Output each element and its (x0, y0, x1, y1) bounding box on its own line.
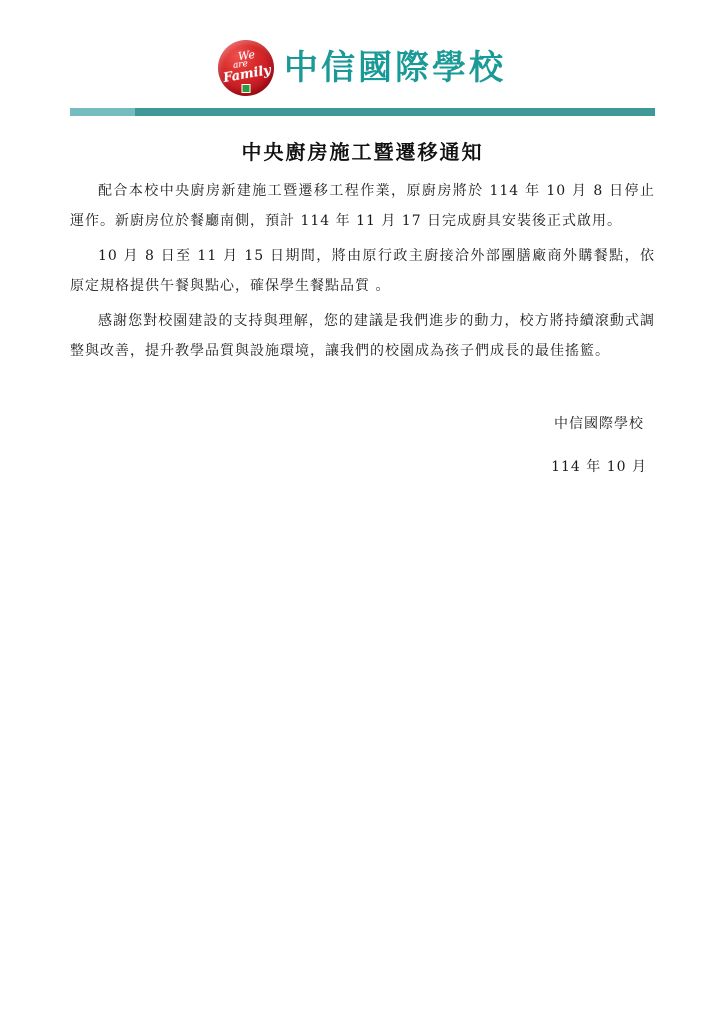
school-name: 中信國際學校 (284, 51, 506, 85)
logo-text-family: Family (222, 63, 272, 86)
divider-dark-segment (135, 108, 655, 116)
signature-date: 114 年 10 月 (551, 452, 647, 482)
divider-light-segment (70, 108, 135, 116)
signature-school-name: 中信國際學校 (551, 409, 647, 439)
logo-green-square-icon (242, 84, 251, 93)
letterhead: We are Family 中信國際學校 (0, 0, 724, 96)
paragraph-1: 配合本校中央廚房新建施工暨遷移工程作業，原廚房將於 114 年 10 月 8 日… (70, 176, 655, 236)
notice-body: 中央廚房施工暨遷移通知 配合本校中央廚房新建施工暨遷移工程作業，原廚房將於 11… (70, 138, 655, 482)
signature-block: 中信國際學校 114 年 10 月 (70, 409, 655, 482)
notice-page: We are Family 中信國際學校 中央廚房施工暨遷移通知 配合本校中央廚… (0, 0, 724, 1024)
header-divider (70, 108, 655, 116)
signature-inner: 中信國際學校 114 年 10 月 (551, 409, 647, 482)
notice-title: 中央廚房施工暨遷移通知 (70, 138, 655, 166)
paragraph-2: 10 月 8 日至 11 月 15 日期間，將由原行政主廚接洽外部團膳廠商外購餐… (70, 241, 655, 301)
paragraph-3: 感謝您對校園建設的支持與理解，您的建議是我們進步的動力，校方將持續滾動式調整與改… (70, 306, 655, 366)
we-are-family-logo-icon: We are Family (218, 40, 274, 96)
paragraph-list: 配合本校中央廚房新建施工暨遷移工程作業，原廚房將於 114 年 10 月 8 日… (70, 176, 655, 366)
